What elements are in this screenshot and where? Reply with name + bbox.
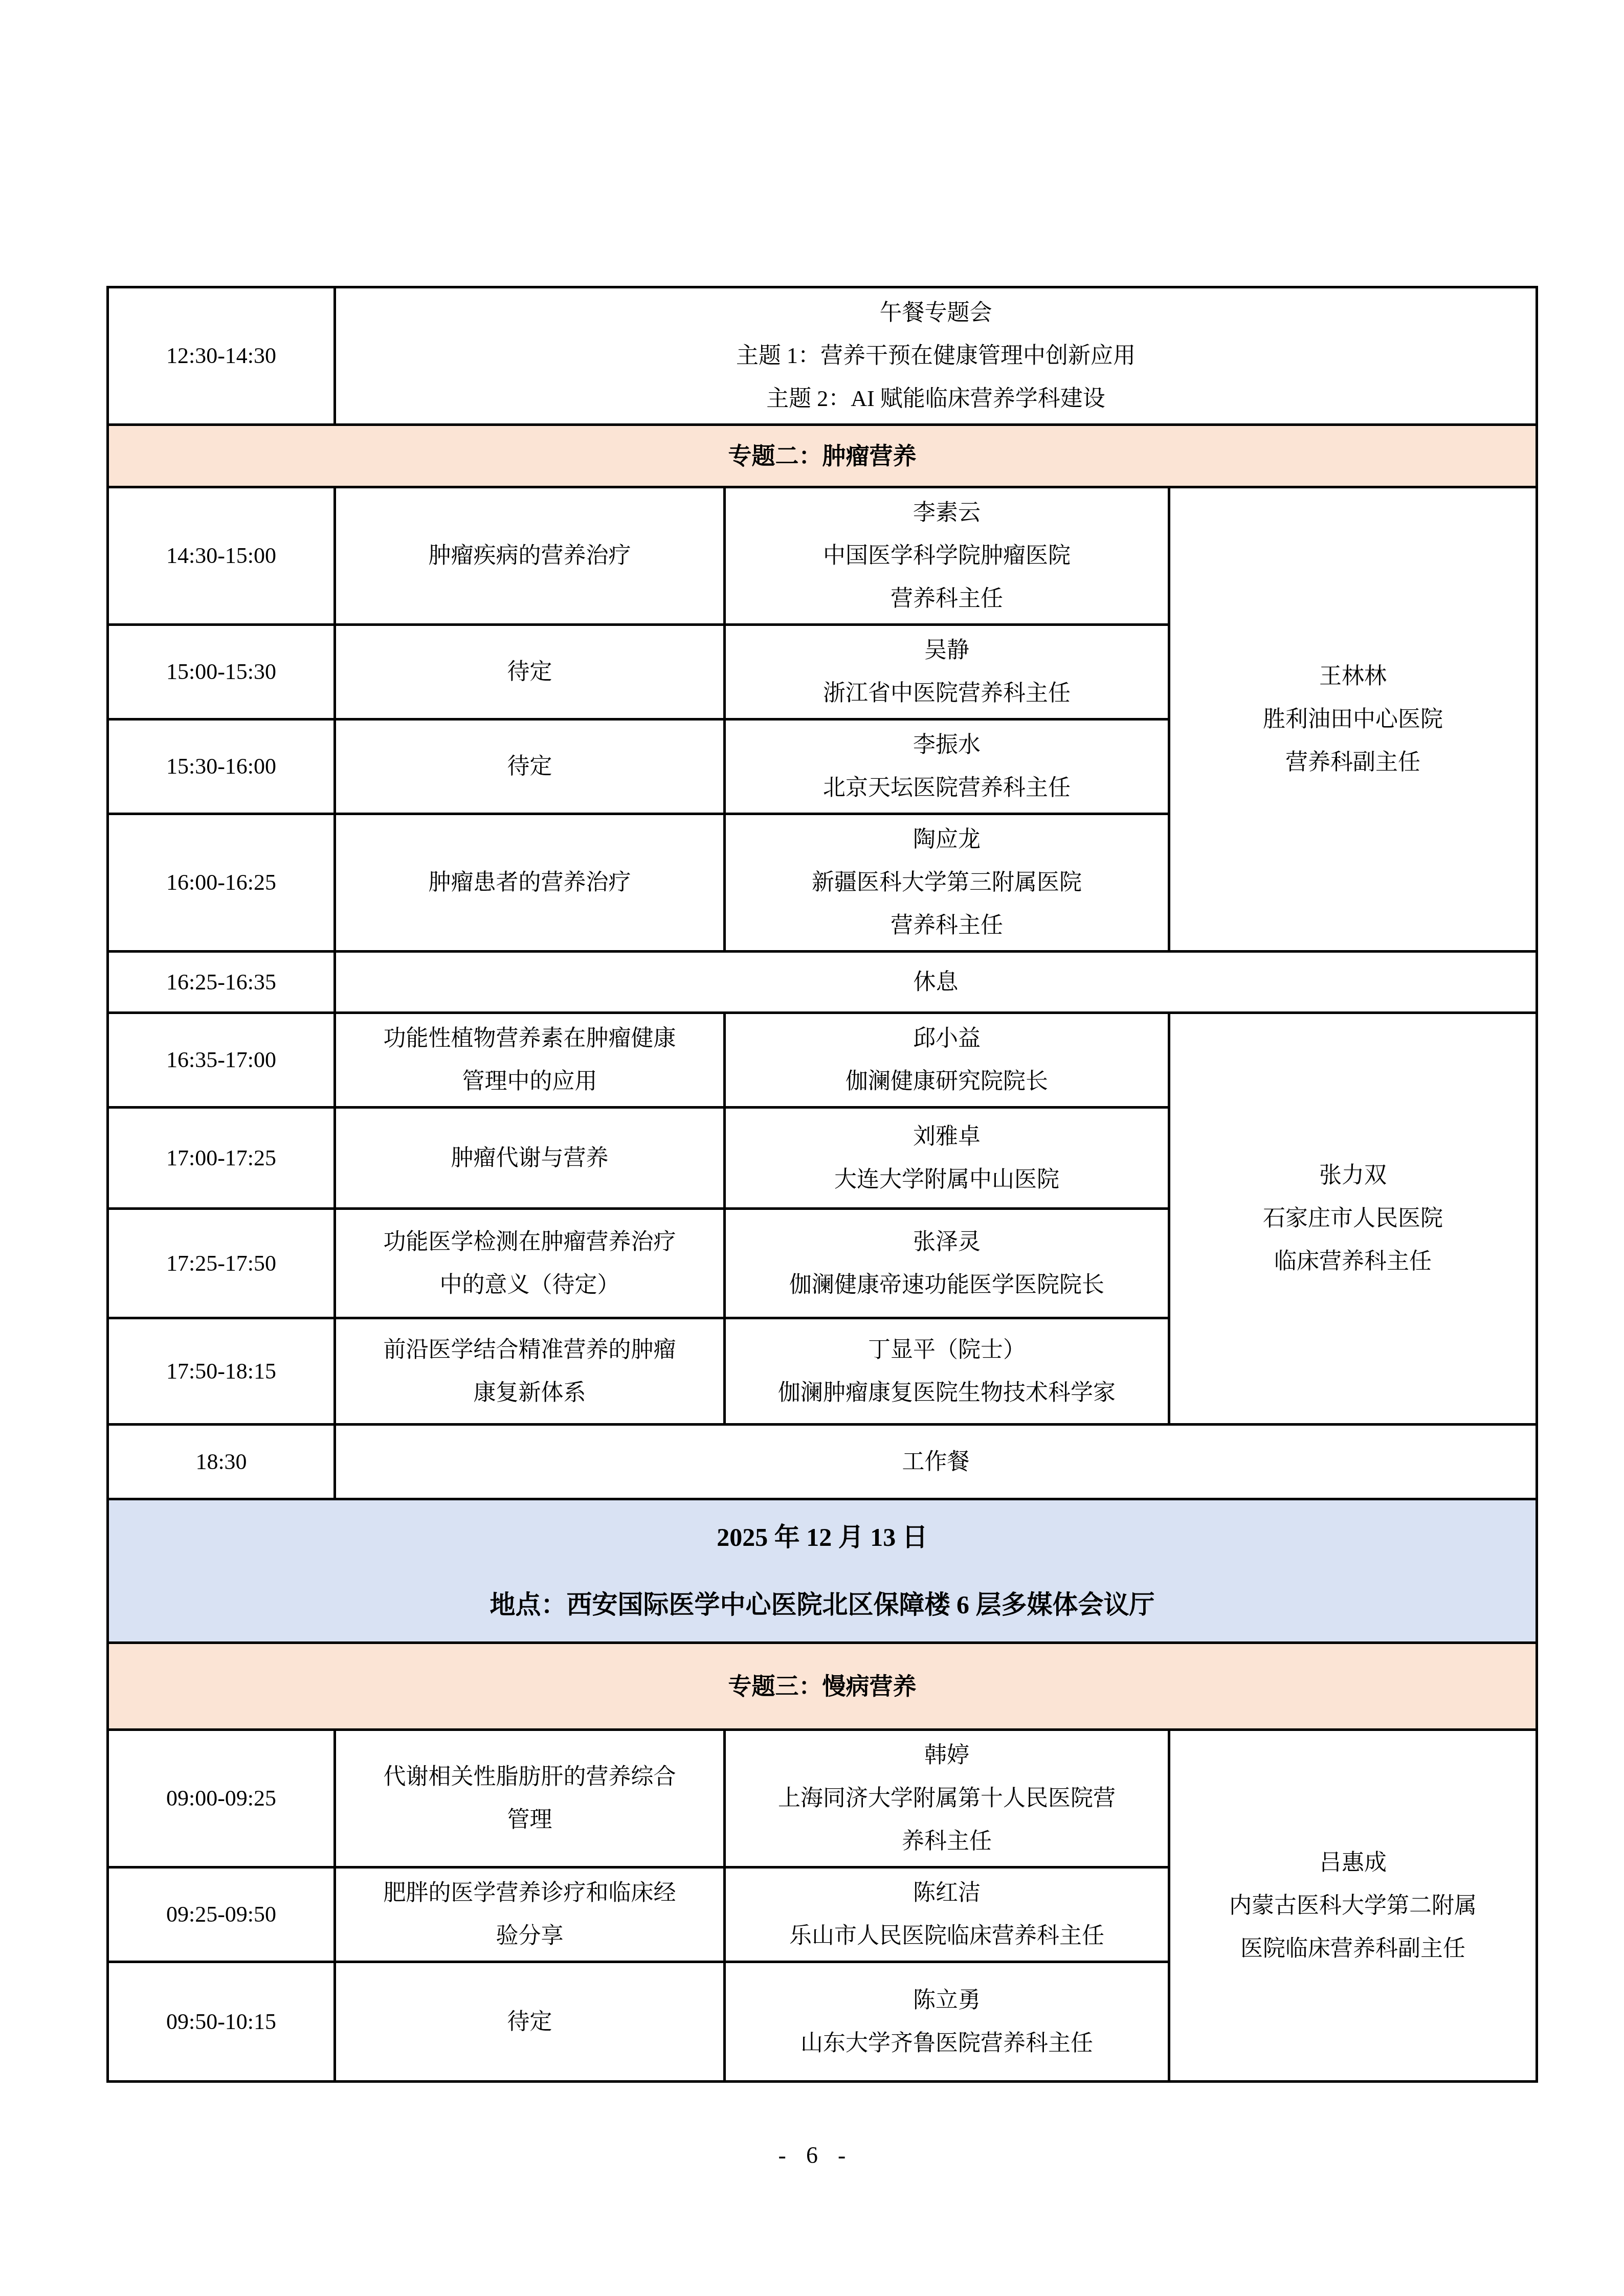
text-line: 前沿医学结合精准营养的肿瘤 bbox=[345, 1329, 714, 1371]
table-row: 12:30-14:30 午餐专题会主题 1：营养干预在健康管理中创新应用主题 2… bbox=[108, 287, 1537, 425]
moderator-cell: 张力双石家庄市人民医院临床营养科主任 bbox=[1169, 1013, 1537, 1425]
agenda-table: 12:30-14:30 午餐专题会主题 1：营养干预在健康管理中创新应用主题 2… bbox=[106, 286, 1538, 2083]
text-line: 代谢相关性脂肪肝的营养综合 bbox=[345, 1755, 714, 1798]
speaker-cell: 韩婷上海同济大学附属第十人民医院营养科主任 bbox=[725, 1730, 1169, 1867]
text-line: 营养科主任 bbox=[735, 904, 1159, 947]
table-row: 16:25-16:35 休息 bbox=[108, 952, 1537, 1013]
text-line: 浙江省中医院营养科主任 bbox=[735, 672, 1159, 715]
topic-cell: 肿瘤代谢与营养 bbox=[335, 1108, 725, 1209]
time-cell: 09:25-09:50 bbox=[108, 1867, 335, 1962]
page-number: - 6 - bbox=[0, 2142, 1624, 2169]
time-cell: 15:30-16:00 bbox=[108, 719, 335, 814]
time-cell: 15:00-15:30 bbox=[108, 625, 335, 719]
text-line: 伽澜健康研究院院长 bbox=[735, 1060, 1159, 1103]
speaker-cell: 李振水北京天坛医院营养科主任 bbox=[725, 719, 1169, 814]
topic-cell: 功能医学检测在肿瘤营养治疗中的意义（待定） bbox=[335, 1209, 725, 1318]
time-cell: 16:00-16:25 bbox=[108, 814, 335, 952]
table-row: 18:30 工作餐 bbox=[108, 1425, 1537, 1499]
text-line: 陈立勇 bbox=[735, 1979, 1159, 2022]
time-cell: 16:25-16:35 bbox=[108, 952, 335, 1013]
break-cell: 休息 bbox=[335, 952, 1537, 1013]
speaker-cell: 刘雅卓大连大学附属中山医院 bbox=[725, 1108, 1169, 1209]
time-cell: 12:30-14:30 bbox=[108, 287, 335, 425]
text-line: 内蒙古医科大学第二附属 bbox=[1180, 1884, 1526, 1927]
time-cell: 09:00-09:25 bbox=[108, 1730, 335, 1867]
text-line: 伽澜健康帝速功能医学医院院长 bbox=[735, 1264, 1159, 1307]
speaker-cell: 吴静浙江省中医院营养科主任 bbox=[725, 625, 1169, 719]
text-line: 上海同济大学附属第十人民医院营 bbox=[735, 1777, 1159, 1820]
text-line: 管理 bbox=[345, 1798, 714, 1841]
text-line: 待定 bbox=[345, 745, 714, 788]
text-line: 新疆医科大学第三附属医院 bbox=[735, 861, 1159, 904]
text-line: 临床营养科主任 bbox=[1180, 1240, 1526, 1283]
time-cell: 16:35-17:00 bbox=[108, 1013, 335, 1108]
text-line: 张泽灵 bbox=[735, 1221, 1159, 1264]
text-line: 邱小益 bbox=[735, 1017, 1159, 1060]
text-line: 陶应龙 bbox=[735, 818, 1159, 861]
topic-cell: 肿瘤疾病的营养治疗 bbox=[335, 487, 725, 625]
text-line: 李振水 bbox=[735, 724, 1159, 767]
text-line: 功能医学检测在肿瘤营养治疗 bbox=[345, 1221, 714, 1264]
time-cell: 18:30 bbox=[108, 1425, 335, 1499]
time-cell: 17:50-18:15 bbox=[108, 1318, 335, 1425]
topic-cell: 待定 bbox=[335, 1962, 725, 2082]
section-header-oncology-nutrition: 专题二：肿瘤营养 bbox=[108, 425, 1537, 487]
text-line: 大连大学附属中山医院 bbox=[735, 1158, 1159, 1201]
date-venue-banner: 2025 年 12 月 13 日地点：西安国际医学中心医院北区保障楼 6 层多媒… bbox=[108, 1499, 1537, 1643]
text-line: 肥胖的医学营养诊疗和临床经 bbox=[345, 1872, 714, 1915]
speaker-cell: 陶应龙新疆医科大学第三附属医院营养科主任 bbox=[725, 814, 1169, 952]
text-line: 石家庄市人民医院 bbox=[1180, 1197, 1526, 1240]
text-line: 肿瘤疾病的营养治疗 bbox=[345, 534, 714, 577]
time-cell: 17:25-17:50 bbox=[108, 1209, 335, 1318]
topic-cell: 肥胖的医学营养诊疗和临床经验分享 bbox=[335, 1867, 725, 1962]
text-line: 丁显平（院士） bbox=[735, 1329, 1159, 1371]
text-line: 功能性植物营养素在肿瘤健康 bbox=[345, 1017, 714, 1060]
speaker-cell: 邱小益伽澜健康研究院院长 bbox=[725, 1013, 1169, 1108]
text-line: 山东大学齐鲁医院营养科主任 bbox=[735, 2022, 1159, 2065]
text-line: 医院临床营养科副主任 bbox=[1180, 1927, 1526, 1970]
dinner-cell: 工作餐 bbox=[335, 1425, 1537, 1499]
text-line: 营养科副主任 bbox=[1180, 741, 1526, 784]
text-line: 张力双 bbox=[1180, 1154, 1526, 1197]
text-line: 管理中的应用 bbox=[345, 1060, 714, 1103]
table-row: 16:35-17:00 功能性植物营养素在肿瘤健康管理中的应用 邱小益伽澜健康研… bbox=[108, 1013, 1537, 1108]
text-line: 吴静 bbox=[735, 629, 1159, 672]
text-line: 李素云 bbox=[735, 491, 1159, 534]
text-line: 2025 年 12 月 13 日 bbox=[118, 1503, 1526, 1571]
topic-cell: 肿瘤患者的营养治疗 bbox=[335, 814, 725, 952]
text-line: 刘雅卓 bbox=[735, 1115, 1159, 1158]
text-line: 康复新体系 bbox=[345, 1371, 714, 1414]
text-line: 营养科主任 bbox=[735, 577, 1159, 620]
topic-cell: 待定 bbox=[335, 719, 725, 814]
speaker-cell: 陈红洁乐山市人民医院临床营养科主任 bbox=[725, 1867, 1169, 1962]
moderator-cell: 王林林胜利油田中心医院营养科副主任 bbox=[1169, 487, 1537, 952]
speaker-cell: 张泽灵伽澜健康帝速功能医学医院院长 bbox=[725, 1209, 1169, 1318]
topic-cell: 前沿医学结合精准营养的肿瘤康复新体系 bbox=[335, 1318, 725, 1425]
text-line: 王林林 bbox=[1180, 655, 1526, 698]
text-line: 韩婷 bbox=[735, 1734, 1159, 1777]
speaker-cell: 丁显平（院士）伽澜肿瘤康复医院生物技术科学家 bbox=[725, 1318, 1169, 1425]
section-header-chronic-disease-nutrition: 专题三：慢病营养 bbox=[108, 1643, 1537, 1730]
topic-cell: 功能性植物营养素在肿瘤健康管理中的应用 bbox=[335, 1013, 725, 1108]
text-line: 胜利油田中心医院 bbox=[1180, 698, 1526, 741]
text-line: 肿瘤代谢与营养 bbox=[345, 1137, 714, 1180]
text-line: 主题 1：营养干预在健康管理中创新应用 bbox=[345, 334, 1526, 377]
lunch-session-cell: 午餐专题会主题 1：营养干预在健康管理中创新应用主题 2：AI 赋能临床营养学科… bbox=[335, 287, 1537, 425]
table-row: 专题二：肿瘤营养 bbox=[108, 425, 1537, 487]
text-line: 吕惠成 bbox=[1180, 1841, 1526, 1884]
text-line: 验分享 bbox=[345, 1915, 714, 1957]
text-line: 肿瘤患者的营养治疗 bbox=[345, 861, 714, 904]
topic-cell: 代谢相关性脂肪肝的营养综合管理 bbox=[335, 1730, 725, 1867]
table-row: 09:00-09:25 代谢相关性脂肪肝的营养综合管理 韩婷上海同济大学附属第十… bbox=[108, 1730, 1537, 1867]
text-line: 待定 bbox=[345, 2000, 714, 2043]
text-line: 伽澜肿瘤康复医院生物技术科学家 bbox=[735, 1371, 1159, 1414]
text-line: 主题 2：AI 赋能临床营养学科建设 bbox=[345, 377, 1526, 420]
table-row: 14:30-15:00 肿瘤疾病的营养治疗 李素云中国医学科学院肿瘤医院营养科主… bbox=[108, 487, 1537, 625]
time-cell: 17:00-17:25 bbox=[108, 1108, 335, 1209]
time-cell: 14:30-15:00 bbox=[108, 487, 335, 625]
text-line: 中的意义（待定） bbox=[345, 1264, 714, 1307]
table-row: 专题三：慢病营养 bbox=[108, 1643, 1537, 1730]
text-line: 北京天坛医院营养科主任 bbox=[735, 767, 1159, 809]
text-line: 乐山市人民医院临床营养科主任 bbox=[735, 1915, 1159, 1957]
text-line: 养科主任 bbox=[735, 1820, 1159, 1863]
speaker-cell: 陈立勇山东大学齐鲁医院营养科主任 bbox=[725, 1962, 1169, 2082]
table-row: 2025 年 12 月 13 日地点：西安国际医学中心医院北区保障楼 6 层多媒… bbox=[108, 1499, 1537, 1643]
time-cell: 09:50-10:15 bbox=[108, 1962, 335, 2082]
text-line: 地点：西安国际医学中心医院北区保障楼 6 层多媒体会议厅 bbox=[118, 1571, 1526, 1638]
document-page: 12:30-14:30 午餐专题会主题 1：营养干预在健康管理中创新应用主题 2… bbox=[0, 0, 1624, 2296]
text-line: 午餐专题会 bbox=[345, 291, 1526, 334]
text-line: 中国医学科学院肿瘤医院 bbox=[735, 534, 1159, 577]
topic-cell: 待定 bbox=[335, 625, 725, 719]
speaker-cell: 李素云中国医学科学院肿瘤医院营养科主任 bbox=[725, 487, 1169, 625]
text-line: 待定 bbox=[345, 650, 714, 693]
moderator-cell: 吕惠成内蒙古医科大学第二附属医院临床营养科副主任 bbox=[1169, 1730, 1537, 2082]
text-line: 陈红洁 bbox=[735, 1872, 1159, 1915]
